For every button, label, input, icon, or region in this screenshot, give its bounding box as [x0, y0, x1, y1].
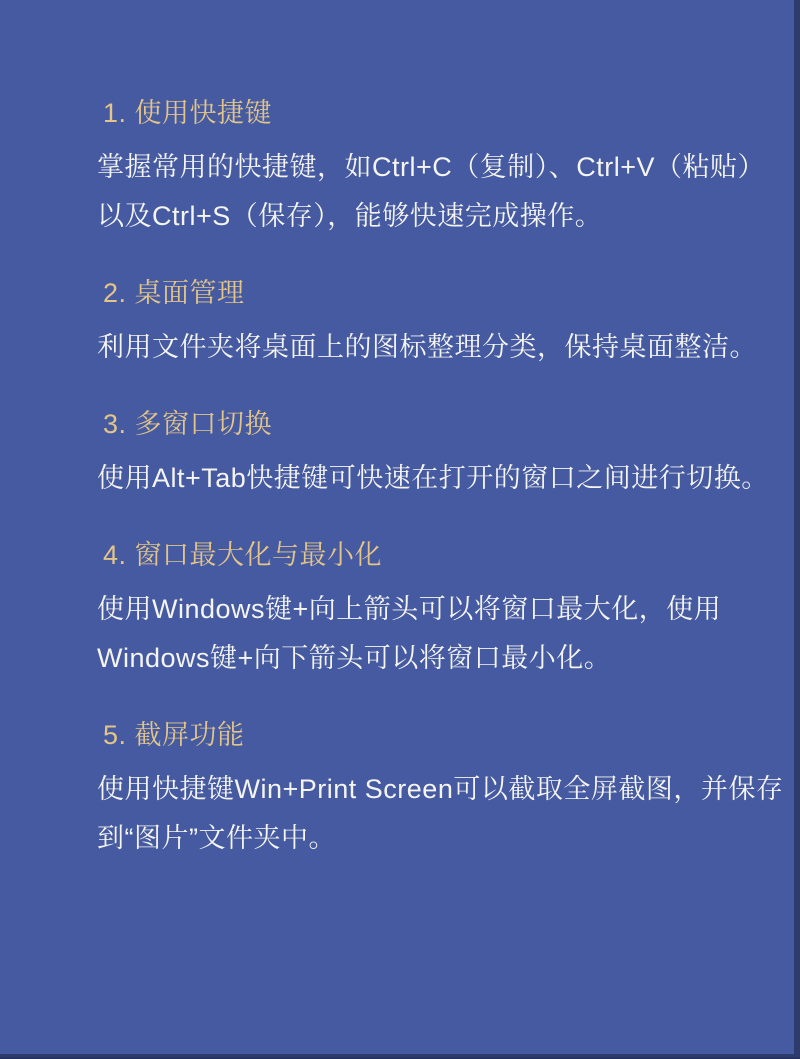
tip-line: 到“图片”文件夹中。	[97, 814, 748, 863]
tip-heading: 3. 多窗口切换	[103, 406, 748, 442]
tip-heading: 5. 截屏功能	[103, 717, 748, 753]
tip-heading: 1. 使用快捷键	[103, 95, 748, 131]
tip-heading: 2. 桌面管理	[103, 275, 748, 311]
tip-line: 以及Ctrl+S（保存），能够快速完成操作。	[97, 192, 748, 241]
tip-section-desktop-management: 2. 桌面管理 利用文件夹将桌面上的图标整理分类，保持桌面整洁。	[97, 275, 748, 372]
tip-line: 使用Alt+Tab快捷键可快速在打开的窗口之间进行切换。	[97, 454, 748, 503]
tip-section-screenshot: 5. 截屏功能 使用快捷键Win+Print Screen可以截取全屏截图，并保…	[97, 717, 748, 863]
tip-section-maximize-minimize: 4. 窗口最大化与最小化 使用Windows键+向上箭头可以将窗口最大化，使用 …	[97, 537, 748, 683]
tip-section-window-switching: 3. 多窗口切换 使用Alt+Tab快捷键可快速在打开的窗口之间进行切换。	[97, 406, 748, 503]
tip-section-shortcuts: 1. 使用快捷键 掌握常用的快捷键，如Ctrl+C（复制）、Ctrl+V（粘贴）…	[97, 95, 748, 241]
tip-line: Windows键+向下箭头可以将窗口最小化。	[97, 634, 748, 683]
tip-line: 掌握常用的快捷键，如Ctrl+C（复制）、Ctrl+V（粘贴）	[97, 143, 748, 192]
tips-card: 1. 使用快捷键 掌握常用的快捷键，如Ctrl+C（复制）、Ctrl+V（粘贴）…	[0, 0, 800, 863]
tip-line: 使用快捷键Win+Print Screen可以截取全屏截图，并保存	[97, 765, 748, 814]
tip-line: 利用文件夹将桌面上的图标整理分类，保持桌面整洁。	[97, 323, 748, 372]
tip-heading: 4. 窗口最大化与最小化	[103, 537, 748, 573]
tip-line: 使用Windows键+向上箭头可以将窗口最大化，使用	[97, 585, 748, 634]
